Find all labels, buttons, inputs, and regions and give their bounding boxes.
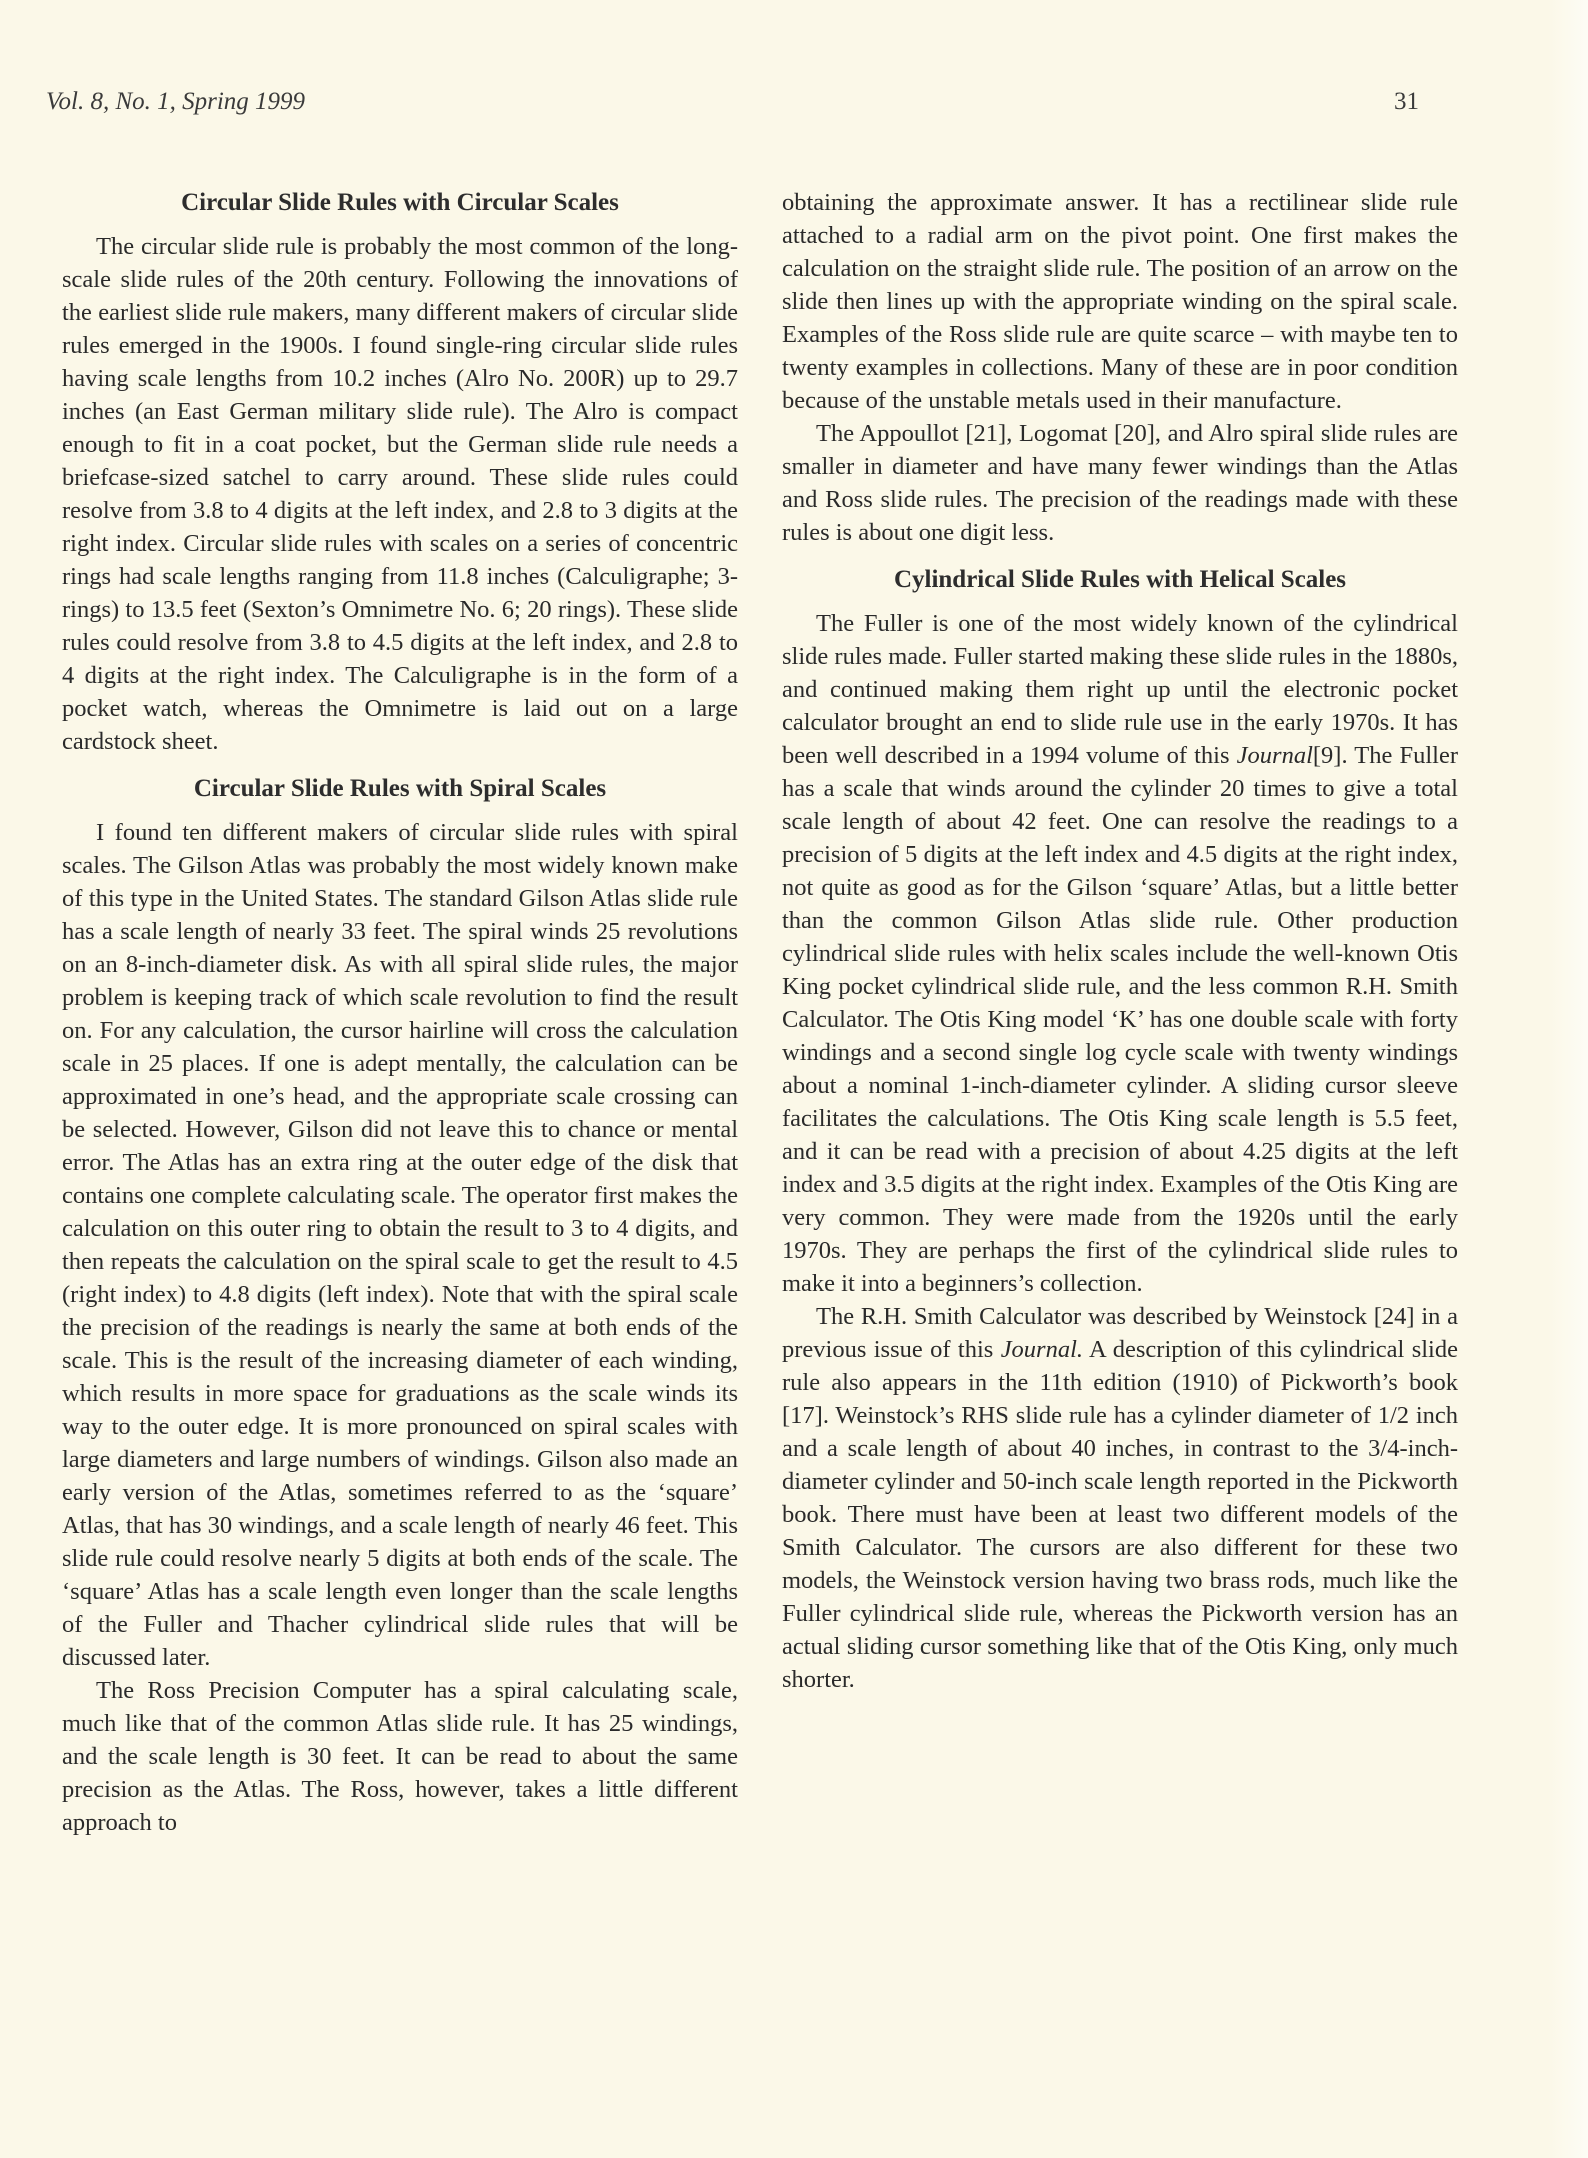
paragraph-appoullot-logomat: The Appoullot [21], Logomat [20], and Al… xyxy=(782,417,1458,549)
paragraph-rh-smith: The R.H. Smith Calculator was described … xyxy=(782,1300,1458,1696)
fuller-text-end: [9]. The Fuller has a scale that winds a… xyxy=(782,742,1458,1297)
page-number: 31 xyxy=(1394,88,1419,116)
right-column: obtaining the approximate answer. It has… xyxy=(782,186,1458,1696)
paragraph-circular-scales: The circular slide rule is probably the … xyxy=(62,230,738,758)
left-column: Circular Slide Rules with Circular Scale… xyxy=(62,186,738,1839)
running-head: Vol. 8, No. 1, Spring 1999 xyxy=(46,88,305,116)
paragraph-ross-continued: obtaining the approximate answer. It has… xyxy=(782,186,1458,417)
journal-citation: Journal xyxy=(1237,742,1313,769)
section-heading-helical-scales: Cylindrical Slide Rules with Helical Sca… xyxy=(782,563,1458,597)
section-heading-spiral-scales: Circular Slide Rules with Spiral Scales xyxy=(62,772,738,806)
rh-smith-text-end: A description of this cylindrical slide … xyxy=(782,1336,1458,1693)
paragraph-ross-precision: The Ross Precision Computer has a spiral… xyxy=(62,1674,738,1839)
journal-citation: Journal. xyxy=(1001,1336,1083,1363)
paragraph-gilson-atlas: I found ten different makers of circular… xyxy=(62,816,738,1674)
section-heading-circular-scales: Circular Slide Rules with Circular Scale… xyxy=(62,186,738,220)
page-edge xyxy=(1548,0,1588,2158)
paragraph-fuller: The Fuller is one of the most widely kno… xyxy=(782,607,1458,1300)
